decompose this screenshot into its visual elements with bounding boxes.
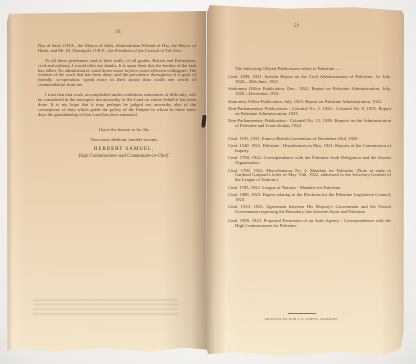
publications-heading: The following Official Publications rela…	[228, 67, 391, 72]
publications-list: Cmd. 1499, 1921. Interim Report on the C…	[228, 75, 391, 229]
letter-paragraph: I trust that that work, accomplished und…	[38, 93, 196, 117]
publications-section: The following Official Publications rela…	[228, 67, 391, 231]
publication-entry: Cmd. 1910, 1923. Agreement between His M…	[228, 205, 391, 215]
page-number-right: 59	[198, 24, 395, 29]
publication-entry: Cmd. 1785, 1922. League of Nations : Man…	[228, 186, 391, 191]
letter-paragraphs: Bey al Said, O.B.E., the Mayor of Jaffa,…	[38, 44, 196, 117]
publication-entry: Cmd. 1708, 1922. Miscellaneous No. 4. Ma…	[228, 169, 391, 183]
letter-closing: I have the honour to be, Sir, Your most …	[45, 128, 203, 159]
publication-entry: Non-Parliamentary Publications : Colonia…	[228, 107, 391, 117]
publication-entry: Cmd. 1989, 1923. Proposed Formation of a…	[228, 219, 391, 229]
show-through-text	[33, 299, 179, 317]
publication-entry: Cmd. 1195, 1921. Franco-British Conventi…	[228, 137, 391, 142]
letter-body: Bey al Said, O.B.E., the Mayor of Jaffa,…	[38, 44, 196, 160]
signature-title: High Commissioner and Commander-in-Chief…	[45, 155, 203, 160]
page-number-left: 58	[18, 30, 218, 35]
publication-entry: Stationery Office Publication, July, 192…	[228, 100, 391, 105]
publication-entry: Cmd. 1499, 1921. Interim Report on the C…	[228, 75, 391, 85]
publication-entry: Cmd. 1700, 1922. Correspondence with the…	[228, 156, 391, 166]
imprint-text: PRINTED BY H.M.S.O. PRESS, HARROW.	[203, 317, 400, 321]
publication-entry: Cmd. 1889, 1923. Papers relating to the …	[228, 193, 391, 203]
publication-entry: Cmd. 1540, 1921. Palestine : Disturbance…	[228, 144, 391, 154]
page-left-surface: 58 Bey al Said, O.B.E., the Mayor of Jaf…	[7, 11, 207, 352]
publication-entry: Stationery Office Publication, Dec., 192…	[228, 87, 391, 97]
publication-entry: Non-Parliamentary Publication : Colonial…	[228, 119, 391, 129]
valediction-line-2: Your most obedient, humble servant,	[45, 138, 203, 143]
signature-name: HERBERT SAMUEL,	[45, 147, 203, 152]
valediction-line-1: I have the honour to be, Sir,	[45, 128, 203, 133]
page-left: 58 Bey al Said, O.B.E., the Mayor of Jaf…	[7, 11, 207, 352]
letter-paragraph: To all these gentlemen, and to their sta…	[38, 59, 196, 88]
page-right: 59 The following Official Publications r…	[207, 3, 404, 357]
page-right-surface: 59 The following Official Publications r…	[207, 3, 404, 357]
letter-paragraph: Bey al Said, O.B.E., the Mayor of Jaffa,…	[38, 44, 196, 54]
imprint-rule	[288, 313, 316, 314]
book-photo: 58 Bey al Said, O.B.E., the Mayor of Jaf…	[0, 0, 416, 364]
printer-imprint: PRINTED BY H.M.S.O. PRESS, HARROW.	[203, 313, 400, 321]
